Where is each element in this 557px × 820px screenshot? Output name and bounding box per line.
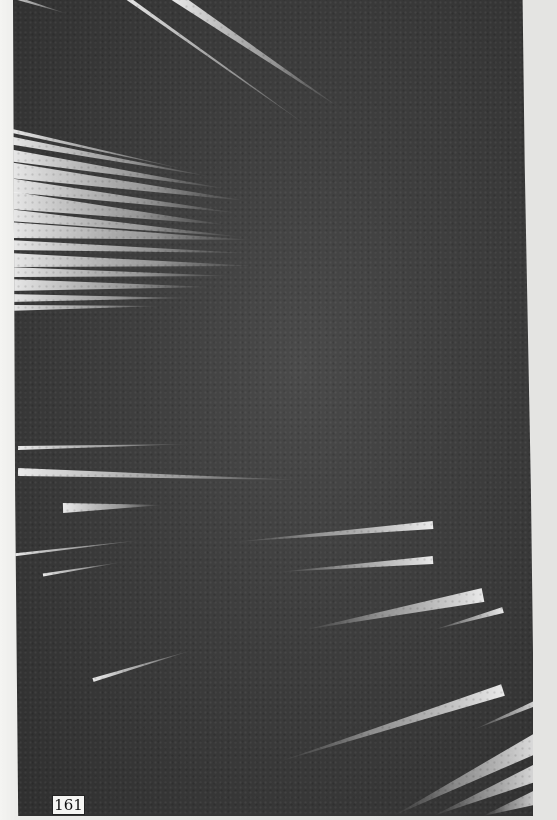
speed-lines-illustration (13, 0, 533, 816)
page-number: 161 (52, 795, 85, 815)
manga-panel (13, 0, 533, 816)
book-page: 161 (0, 0, 557, 820)
